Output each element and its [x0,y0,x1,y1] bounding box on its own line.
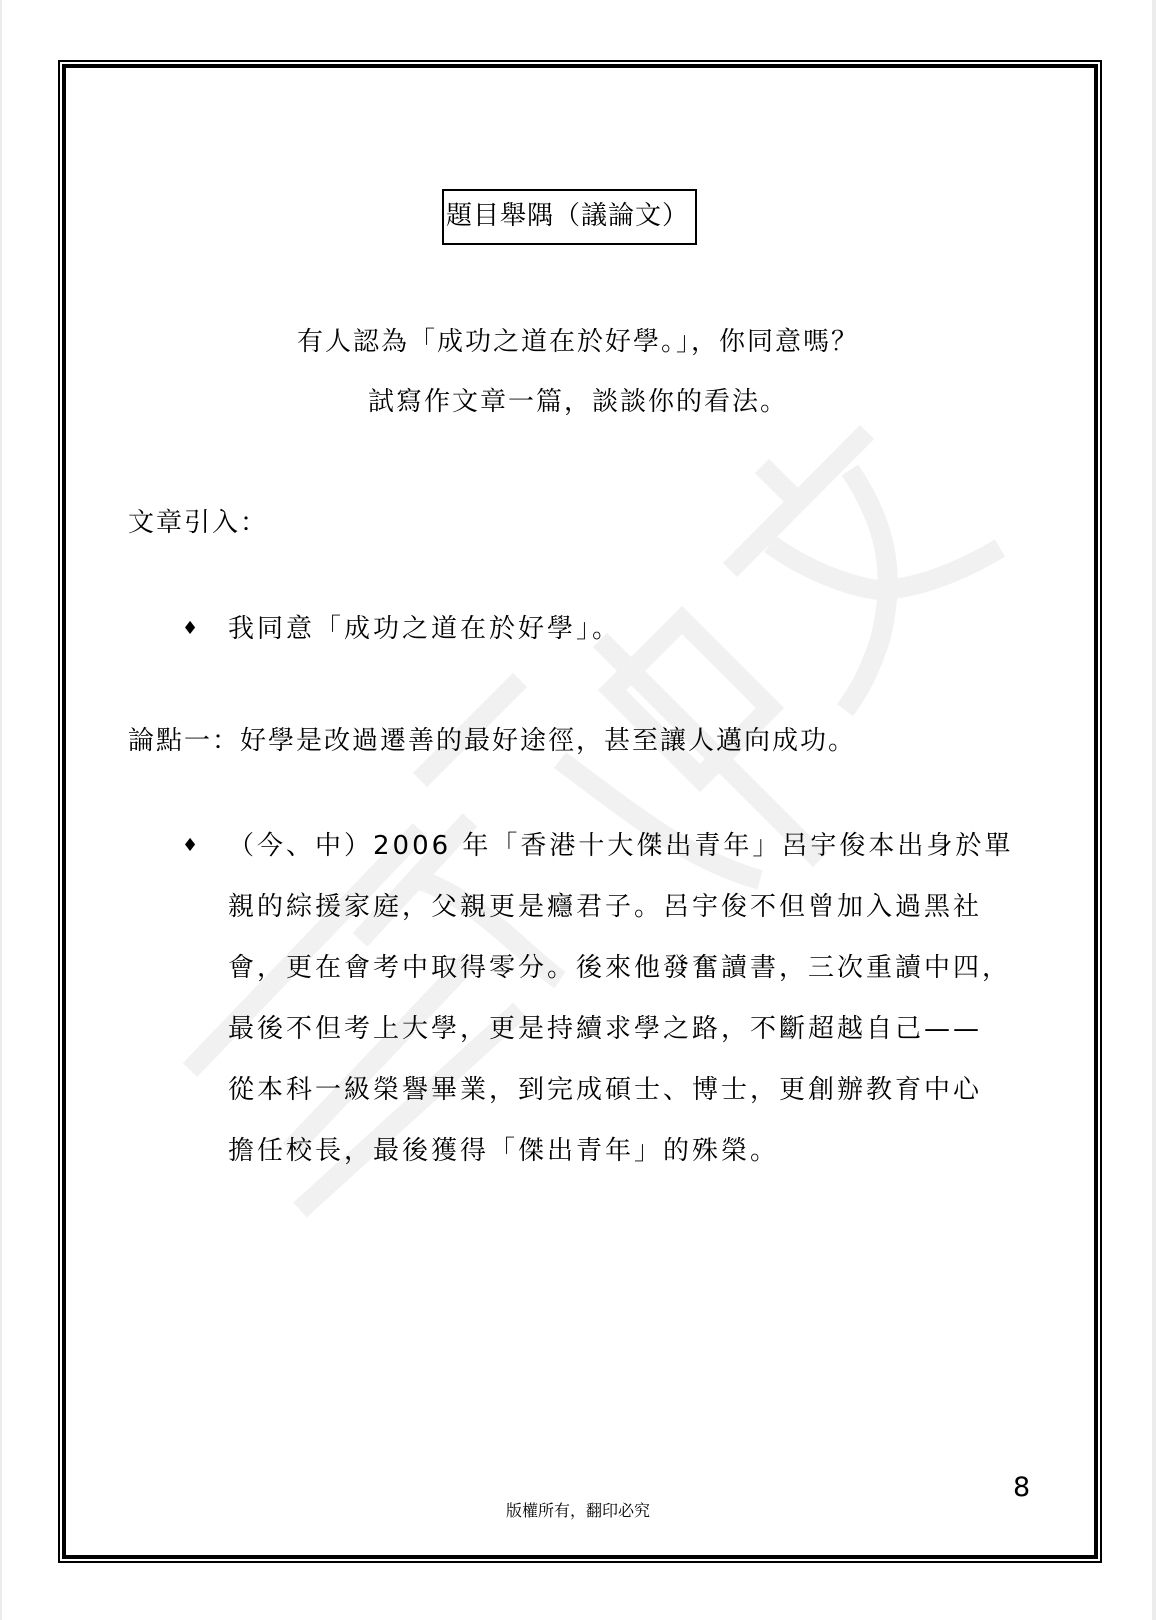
example-paragraph-line: 擔任校長，最後獲得「傑出青年」的殊榮。 [228,1133,779,1169]
page-title: 題目舉隅（議論文） [442,189,697,245]
diamond-bullet-icon: ♦ [182,611,198,647]
page-edge-left [0,0,2,1620]
page-border-inner [62,64,1098,1559]
introduction-heading: 文章引入： [128,505,268,541]
example-paragraph-line: 親的綜援家庭，父親更是癮君子。呂宇俊不但曾加入過黑社 [228,889,982,925]
copyright-footer: 版權所有，翻印必究 [0,1500,1156,1522]
example-paragraph-line: 會，更在會考中取得零分。後來他發奮讀書，三次重讀中四， [228,950,1011,986]
essay-prompt-line-2: 試寫作文章一篇，談談你的看法。 [0,384,1156,420]
diamond-bullet-icon: ♦ [182,828,198,864]
introduction-bullet-text: 我同意「成功之道在於好學」。 [228,611,621,647]
page-edge-right [1152,0,1156,1620]
example-paragraph-line: 最後不但考上大學，更是持續求學之路，不斷超越自己—— [228,1011,982,1047]
example-paragraph-line: 從本科一級榮譽畢業，到完成碩士、博士，更創辦教育中心 [228,1072,982,1108]
example-paragraph-line: （今、中）2006 年「香港十大傑出青年」呂宇俊本出身於單 [228,828,1013,864]
argument-one-heading: 論點一：好學是改過遷善的最好途徑，甚至讓人邁向成功。 [128,723,856,759]
essay-prompt-line-1: 有人認為「成功之道在於好學。」，你同意嗎？ [0,324,1156,360]
